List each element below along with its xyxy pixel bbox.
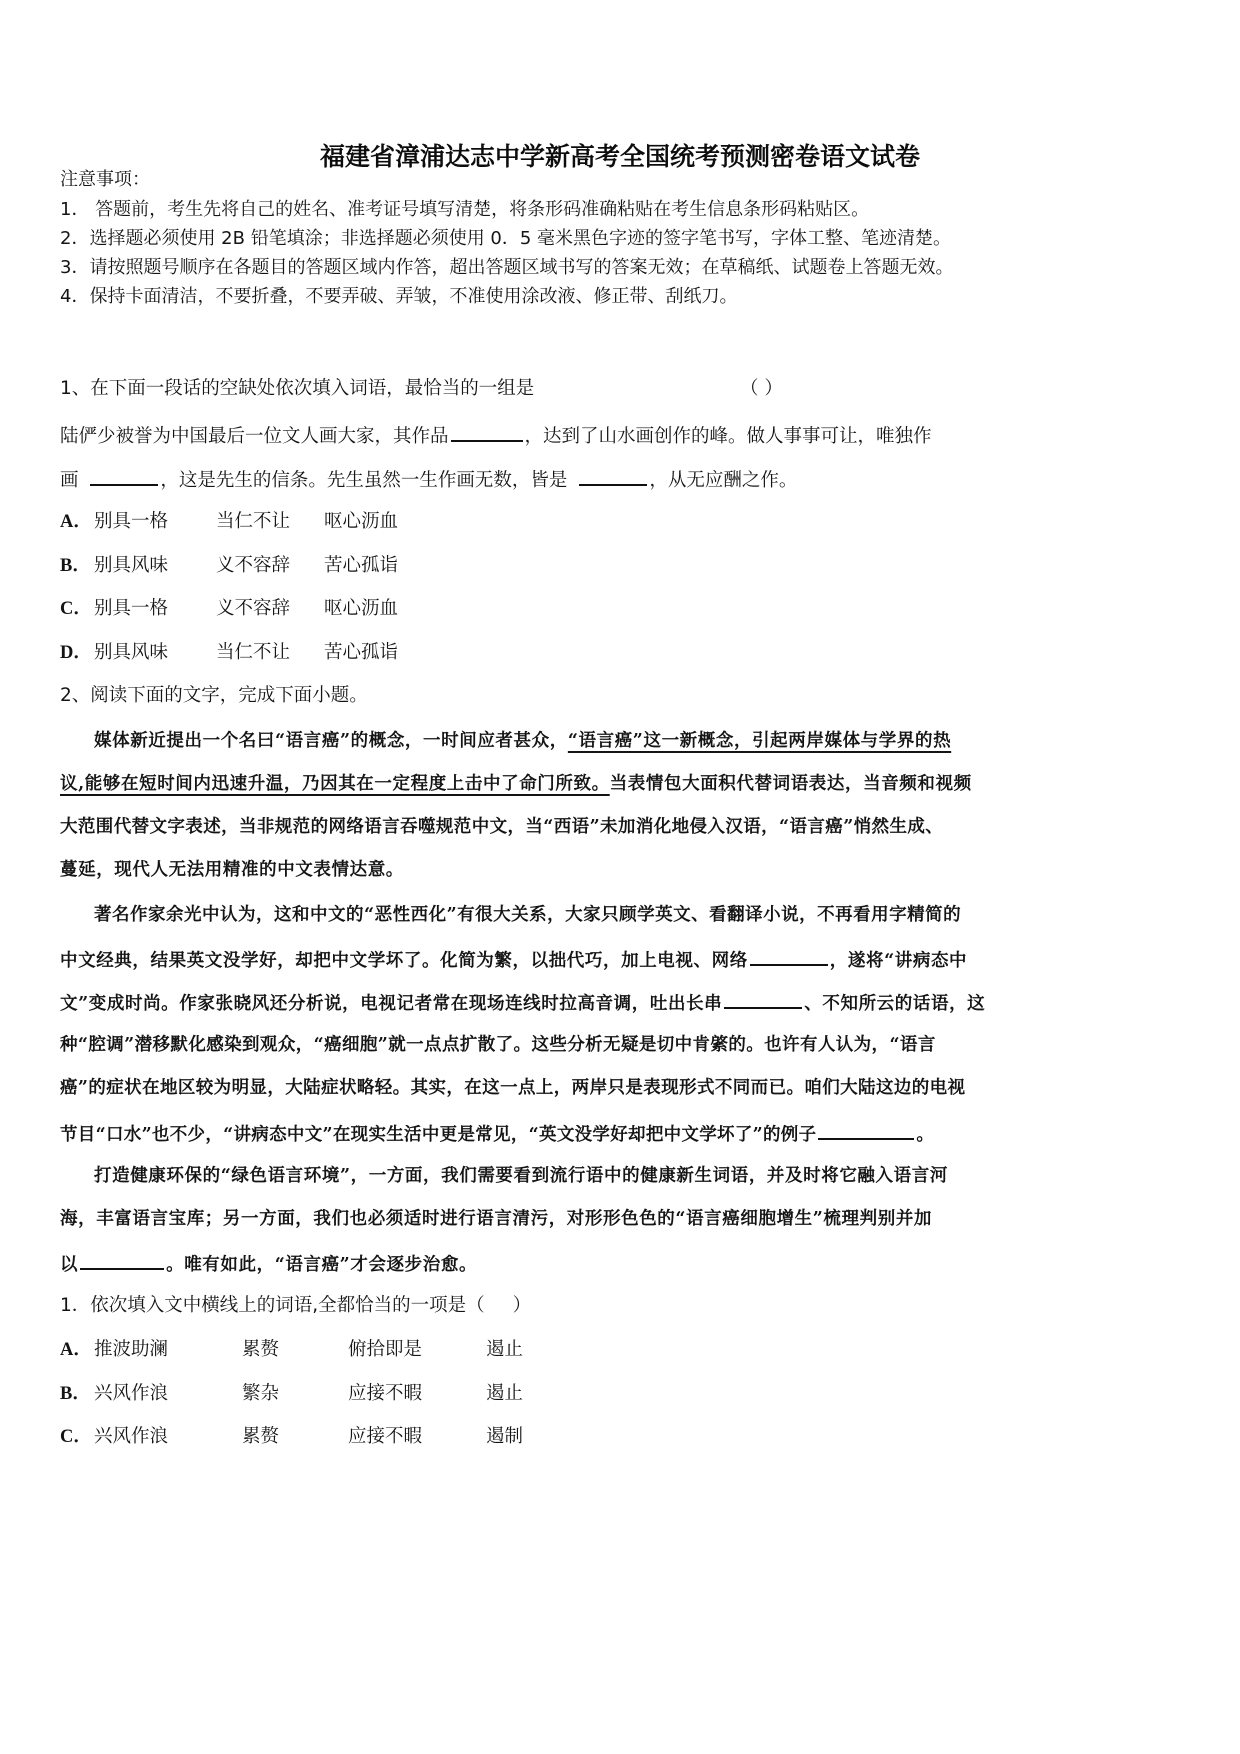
passage-text: ，遂将“讲病态中 <box>830 951 967 971</box>
option-word: 应接不暇 <box>348 1425 486 1449</box>
notice-item-2: 2．选择题必须使用 2B 铅笔填涂；非选择题必须使用 0．5 毫米黑色字迹的签字… <box>60 227 951 251</box>
option-word: 应接不暇 <box>348 1382 486 1406</box>
option-letter: B． <box>60 1382 94 1406</box>
page-title: 福建省漳浦达志中学新高考全国统考预测密卷语文试卷 <box>0 137 1240 173</box>
fill-blank <box>750 946 828 966</box>
sub1-option-c[interactable]: C．兴风作浪累赘应接不暇遏制 <box>60 1425 523 1449</box>
fill-blank <box>80 1250 164 1270</box>
reading-p2-line-1: 著名作家余光中认为，这和中文的“恶性西化”有很大关系，大家只顾学英文、看翻译小说… <box>60 903 961 927</box>
option-word: 当仁不让 <box>216 510 324 534</box>
notice-item-1: 1． 答题前，考生先将自己的姓名、准考证号填写清楚，将条形码准确粘贴在考生信息条… <box>60 198 869 222</box>
sub1-option-b[interactable]: B．兴风作浪繁杂应接不暇遏止 <box>60 1382 523 1406</box>
q1-option-a[interactable]: A．别具一格当仁不让呕心沥血 <box>60 510 398 534</box>
fill-blank <box>724 989 802 1009</box>
reading-p2-line-5: 癌”的症状在地区较为明显，大陆症状略轻。其实，在这一点上，两岸只是表现形式不同而… <box>60 1076 965 1100</box>
passage-text: ，这是先生的信条。先生虽然一生作画无数，皆是 <box>160 470 567 491</box>
q1-option-d[interactable]: D．别具风味当仁不让苦心孤诣 <box>60 641 398 665</box>
option-word: 遏止 <box>486 1338 523 1362</box>
option-word: 苦心孤诣 <box>324 641 398 665</box>
option-word: 遏制 <box>486 1425 523 1449</box>
reading-p2-line-3: 文”变成时尚。作家张晓风还分析说，电视记者常在现场连线时拉高音调，吐出长串、不知… <box>60 989 985 1016</box>
option-word: 兴风作浪 <box>94 1382 242 1406</box>
passage-text: 。唯有如此，“语言癌”才会逐步治愈。 <box>166 1255 477 1275</box>
answer-paren-close: ） <box>513 1295 532 1316</box>
passage-text: 当表情包大面积代替词语表达，当音频和视频 <box>610 774 972 794</box>
notice-item-4: 4．保持卡面清洁，不要折叠，不要弄破、弄皱，不准使用涂改液、修正带、刮纸刀。 <box>60 285 737 309</box>
sub1-option-a[interactable]: A．推波助澜累赘俯拾即是遏止 <box>60 1338 523 1362</box>
question-2-prompt: 2、阅读下面的文字，完成下面小题。 <box>60 684 368 708</box>
option-word: 累赘 <box>242 1425 348 1449</box>
q1-option-c[interactable]: C．别具一格义不容辞呕心沥血 <box>60 597 398 621</box>
option-word: 遏止 <box>486 1382 523 1406</box>
passage-text: 。 <box>916 1125 934 1145</box>
passage-text: 著名作家余光中认为，这和中文的“恶性西化”有很大关系，大家只顾学英文、看翻译小说… <box>94 905 961 925</box>
fill-blank <box>579 466 647 486</box>
passage-text: 画 <box>60 470 79 491</box>
question-1-prompt: 1、在下面一段话的空缺处依次填入词语，最恰当的一组是 （ ） <box>60 377 534 401</box>
passage-text: 打造健康环保的“绿色语言环境”，一方面，我们需要看到流行语中的健康新生词语，并及… <box>94 1166 948 1186</box>
option-word: 繁杂 <box>242 1382 348 1406</box>
passage-text: 媒体新近提出一个名曰“语言癌”的概念，一时间应者甚众， <box>94 731 568 751</box>
option-word: 呕心沥血 <box>324 510 398 534</box>
sub-question-text: 1．依次填入文中横线上的词语,全都恰当的一项是（ <box>60 1295 485 1316</box>
reading-p3-line-1: 打造健康环保的“绿色语言环境”，一方面，我们需要看到流行语中的健康新生词语，并及… <box>60 1164 948 1188</box>
option-letter: C． <box>60 1425 94 1449</box>
passage-text: 陆俨少被誉为中国最后一位文人画大家，其作品 <box>60 426 449 447</box>
option-word: 累赘 <box>242 1338 348 1362</box>
option-word: 义不容辞 <box>216 597 324 621</box>
notice-heading: 注意事项： <box>60 168 150 192</box>
option-word: 推波助澜 <box>94 1338 242 1362</box>
option-letter: D． <box>60 641 94 665</box>
q1-option-b[interactable]: B．别具风味义不容辞苦心孤诣 <box>60 554 398 578</box>
passage-text: 中文经典，结果英文没学好，却把中文学坏了。化简为繁，以拙代巧，加上电视、网络 <box>60 951 748 971</box>
reading-p1-line-3: 大范围代替文字表述，当非规范的网络语言吞噬规范中文，当“西语”未加消化地侵入汉语… <box>60 815 943 839</box>
option-word: 兴风作浪 <box>94 1425 242 1449</box>
option-word: 别具一格 <box>94 510 216 534</box>
passage-text: 节目“口水”也不少，“讲病态中文”在现实生活中更是常见，“英文没学好却把中文学坏… <box>60 1125 816 1145</box>
passage-text: ，达到了山水画创作的峰。做人事事可让，唯独作 <box>525 426 932 447</box>
question-1-text: 1、在下面一段话的空缺处依次填入词语，最恰当的一组是 <box>60 378 534 399</box>
passage-text: 文”变成时尚。作家张晓风还分析说，电视记者常在现场连线时拉高音调，吐出长串 <box>60 994 722 1014</box>
sub-question-1-prompt: 1．依次填入文中横线上的词语,全都恰当的一项是（） <box>60 1294 531 1318</box>
reading-p1-line-1: 媒体新近提出一个名曰“语言癌”的概念，一时间应者甚众，“语言癌”这一新概念，引起… <box>60 729 951 753</box>
underlined-sentence: 议,能够在短时间内迅速升温，乃因其在一定程度上击中了命门所致。 <box>60 774 610 794</box>
option-word: 苦心孤诣 <box>324 554 398 578</box>
option-letter: B． <box>60 554 94 578</box>
reading-p2-line-4: 种“腔调”潜移默化感染到观众，“癌细胞”就一点点扩散了。这些分析无疑是切中肯綮的… <box>60 1033 936 1057</box>
option-letter: C． <box>60 597 94 621</box>
q1-passage-line-2: 画 ，这是先生的信条。先生虽然一生作画无数，皆是 ，从无应酬之作。 <box>60 466 797 493</box>
option-word: 别具一格 <box>94 597 216 621</box>
q1-passage-line-1: 陆俨少被誉为中国最后一位文人画大家，其作品，达到了山水画创作的峰。做人事事可让，… <box>60 422 932 449</box>
option-word: 呕心沥血 <box>324 597 398 621</box>
fill-blank <box>90 466 158 486</box>
reading-p2-line-6: 节目“口水”也不少，“讲病态中文”在现实生活中更是常见，“英文没学好却把中文学坏… <box>60 1120 934 1147</box>
reading-p3-line-2: 海，丰富语言宝库；另一方面，我们也必须适时进行语言清污，对形形色色的“语言癌细胞… <box>60 1207 932 1231</box>
passage-text: 、不知所云的话语，这 <box>804 994 985 1014</box>
option-letter: A． <box>60 510 94 534</box>
reading-p3-line-3: 以。唯有如此，“语言癌”才会逐步治愈。 <box>60 1250 477 1277</box>
option-letter: A． <box>60 1338 94 1362</box>
option-word: 当仁不让 <box>216 641 324 665</box>
underlined-sentence: “语言癌”这一新概念，引起两岸媒体与学界的热 <box>568 731 951 751</box>
passage-text: 以 <box>60 1255 78 1275</box>
option-word: 别具风味 <box>94 554 216 578</box>
answer-paren: （ ） <box>740 377 783 401</box>
fill-blank <box>451 422 523 442</box>
fill-blank <box>818 1120 914 1140</box>
option-word: 别具风味 <box>94 641 216 665</box>
reading-p2-line-2: 中文经典，结果英文没学好，却把中文学坏了。化简为繁，以拙代巧，加上电视、网络，遂… <box>60 946 967 973</box>
option-word: 俯拾即是 <box>348 1338 486 1362</box>
reading-p1-line-2: 议,能够在短时间内迅速升温，乃因其在一定程度上击中了命门所致。当表情包大面积代替… <box>60 772 972 796</box>
notice-item-3: 3．请按照题号顺序在各题目的答题区域内作答，超出答题区域书写的答案无效；在草稿纸… <box>60 256 953 280</box>
reading-p1-line-4: 蔓延，现代人无法用精准的中文表情达意。 <box>60 858 404 882</box>
option-word: 义不容辞 <box>216 554 324 578</box>
passage-text: ，从无应酬之作。 <box>649 470 797 491</box>
